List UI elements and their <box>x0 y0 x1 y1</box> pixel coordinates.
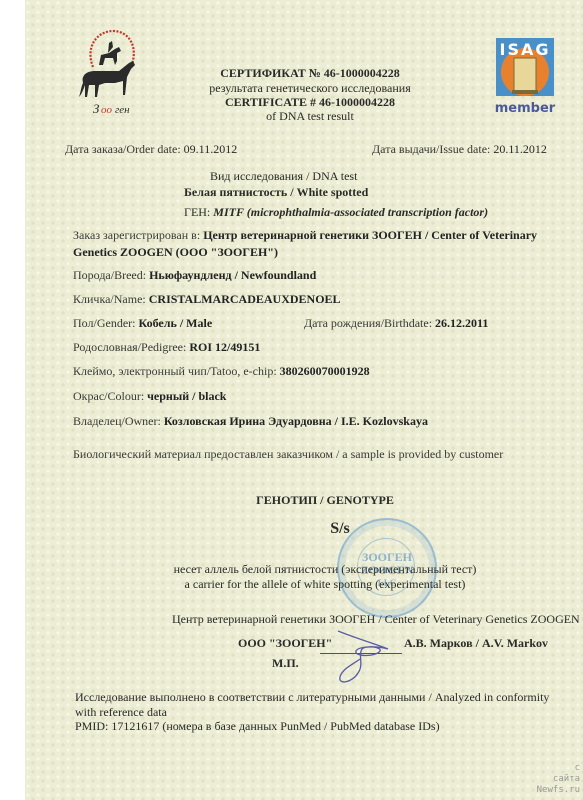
genotype-result-en: a carrier for the allele of white spotti… <box>150 577 500 592</box>
owner-label: Владелец/Owner: <box>73 414 161 428</box>
birthdate-value: 26.12.2011 <box>435 316 488 330</box>
pedigree-value: ROI 12/49151 <box>189 340 260 354</box>
pmid-reference: PMID: 17121617 (номера в базе данных Pun… <box>75 719 440 734</box>
order-date-label: Дата заказа/Order date: <box>65 142 181 156</box>
name-field: Кличка/Name: CRISTALMARCADEAUXDENOEL <box>73 292 341 307</box>
breed-field: Порода/Breed: Ньюфаундленд / Newfoundlan… <box>73 268 316 283</box>
chip-label: Клеймо, электронный чип/Tatoo, e-chip: <box>73 364 277 378</box>
name-label: Кличка/Name: <box>73 292 146 306</box>
dna-test-label: Вид исследования / DNA test <box>210 169 357 184</box>
owner-value: Козловская Ирина Эдуардовна / I.E. Kozlo… <box>164 414 428 428</box>
svg-text:З: З <box>93 101 100 116</box>
pedigree-label: Родословная/Pedigree: <box>73 340 186 354</box>
certificate-title-en: CERTIFICATE # 46-1000004228 <box>170 95 450 110</box>
zoogen-horse-logo-icon: З оо ген <box>75 25 147 117</box>
site-watermark: с сайта Newfs.ru <box>537 763 580 796</box>
svg-text:ген: ген <box>115 104 130 116</box>
colour-value: черный / black <box>147 389 226 403</box>
name-value: CRISTALMARCADEAUXDENOEL <box>149 292 341 306</box>
dna-test-name: Белая пятнистость / White spotted <box>184 185 368 200</box>
genotype-value: S/s <box>300 520 380 538</box>
svg-text:оо: оо <box>101 104 113 116</box>
watermark-line3: Newfs.ru <box>537 785 580 796</box>
issue-date-value: 20.11.2012 <box>493 142 547 156</box>
signature-signer: А.В. Марков / A.V. Markov <box>404 636 548 651</box>
order-date-value: 09.11.2012 <box>184 142 238 156</box>
order-date: Дата заказа/Order date: 09.11.2012 <box>65 142 237 157</box>
svg-text:ISAG: ISAG <box>500 40 551 59</box>
breed-label: Порода/Breed: <box>73 268 146 282</box>
handwritten-signature-icon <box>318 625 408 687</box>
conformity-line2: with reference data <box>75 705 167 720</box>
chip-field: Клеймо, электронный чип/Tatoo, e-chip: 3… <box>73 364 370 379</box>
seal-place: М.П. <box>272 656 299 671</box>
isag-member-logo-icon: ISAG member <box>494 38 556 116</box>
birthdate-field: Дата рождения/Birthdate: 26.12.2011 <box>304 316 488 331</box>
genotype-result-ru: несет аллель белой пятнистости (эксперим… <box>150 562 500 577</box>
registered-label: Заказ зарегистрирован в: <box>73 228 200 242</box>
gender-label: Пол/Gender: <box>73 316 135 330</box>
owner-field: Владелец/Owner: Козловская Ирина Эдуардо… <box>73 414 428 429</box>
issue-date-label: Дата выдачи/Issue date: <box>372 142 490 156</box>
certificate-title-ru: СЕРТИФИКАТ № 46-1000004228 <box>170 66 450 81</box>
watermark-line2: сайта <box>537 774 580 785</box>
registered-at: Заказ зарегистрирован в: Центр ветеринар… <box>73 228 537 243</box>
gene-value: MITF (microphthalmia-associated transcri… <box>213 205 488 219</box>
gene: ГЕН: MITF (microphthalmia-associated tra… <box>184 205 488 220</box>
chip-value: 380260070001928 <box>280 364 370 378</box>
certificate-subtitle-en: of DNA test result <box>170 109 450 124</box>
gender-field: Пол/Gender: Кобель / Male <box>73 316 212 331</box>
svg-text:member: member <box>495 101 556 116</box>
issue-date: Дата выдачи/Issue date: 20.11.2012 <box>372 142 547 157</box>
pedigree-field: Родословная/Pedigree: ROI 12/49151 <box>73 340 260 355</box>
gene-label: ГЕН: <box>184 205 210 219</box>
registered-value-line1: Центр ветеринарной генетики ЗООГЕН / Cen… <box>203 228 537 242</box>
colour-field: Окрас/Colour: черный / black <box>73 389 226 404</box>
colour-label: Окрас/Colour: <box>73 389 144 403</box>
registered-value-line2: Genetics ZOOGEN (ООО "ЗООГЕН") <box>73 245 278 260</box>
breed-value: Ньюфаундленд / Newfoundland <box>149 268 316 282</box>
watermark-line1: с <box>537 763 580 774</box>
certificate-subtitle-ru: результата генетического исследования <box>170 81 450 96</box>
conformity-line1: Исследование выполнено в соответствии с … <box>75 690 549 705</box>
gender-value: Кобель / Male <box>138 316 212 330</box>
sample-note: Биологический материал предоставлен зака… <box>73 447 503 462</box>
birthdate-label: Дата рождения/Birthdate: <box>304 316 432 330</box>
genotype-heading: ГЕНОТИП / GENOTYPE <box>200 493 450 508</box>
